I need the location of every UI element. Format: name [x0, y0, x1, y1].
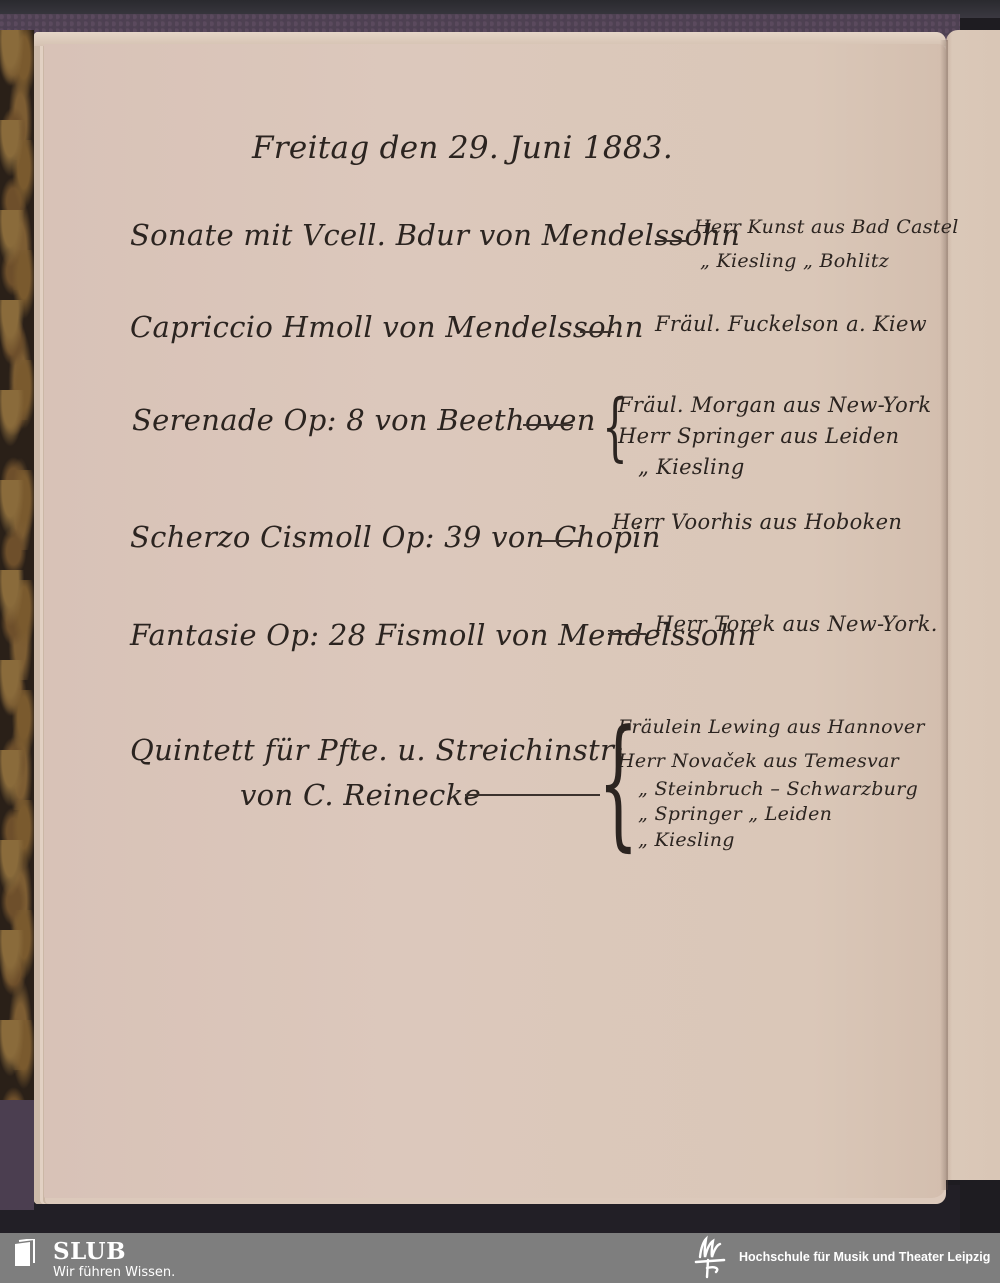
separator-dash — [655, 240, 687, 242]
performer-3-1: Fräul. Morgan aus New-York — [618, 393, 931, 417]
program-work-2: Capriccio Hmoll von Mendelssohn — [130, 310, 644, 344]
separator-dash — [580, 331, 614, 333]
program-work-1: Sonate mit Vcell. Bdur von Mendelssohn — [130, 218, 740, 252]
performer-6-4: „ Springer „ Leiden — [638, 803, 832, 825]
hmt-monogram-icon — [692, 1235, 728, 1281]
performer-6-3: „ Steinbruch – Schwarzburg — [638, 778, 918, 800]
slub-tagline: Wir führen Wissen. — [53, 1265, 175, 1280]
performer-5-1: Herr Torek aus New-York. — [655, 612, 938, 636]
slub-name[interactable]: SLUB — [53, 1238, 126, 1265]
facing-page-edge — [946, 30, 1000, 1180]
gutter-shadow — [940, 40, 948, 1190]
program-work-6-line-2: von C. Reinecke — [240, 778, 481, 812]
program-work-6-line-1: Quintett für Pfte. u. Streichinstr: — [130, 733, 624, 767]
performer-4-1: Herr Voorhis aus Hoboken — [612, 510, 902, 534]
book-cover-cloth-corner — [0, 1100, 34, 1210]
performer-6-5: „ Kiesling — [638, 829, 735, 851]
separator-dash — [608, 633, 646, 635]
page-heading-date: Freitag den 29. Juni 1883. — [252, 130, 673, 166]
performer-6-1: Fräulein Lewing aus Hannover — [618, 716, 925, 738]
performer-2-1: Fräul. Fuckelson a. Kiew — [655, 312, 927, 336]
program-work-3: Serenade Op: 8 von Beethoven — [132, 403, 596, 437]
performer-3-3: „ Kiesling — [638, 455, 745, 479]
marbled-endpaper — [0, 30, 34, 1200]
separator-dash — [523, 424, 573, 426]
separator-dash — [465, 794, 600, 796]
performer-1-1: Herr Kunst aus Bad Castel — [694, 216, 959, 238]
performer-6-2: Herr Novaček aus Temesvar — [618, 750, 899, 772]
scanned-book-page: Freitag den 29. Juni 1883. Sonate mit Vc… — [0, 0, 1000, 1233]
performer-3-2: Herr Springer aus Leiden — [618, 424, 899, 448]
separator-dash — [540, 540, 580, 542]
slub-book-icon — [14, 1239, 38, 1267]
program-work-4: Scherzo Cismoll Op: 39 von Chopin — [130, 520, 661, 554]
performer-1-2: „ Kiesling „ Bohlitz — [700, 250, 889, 272]
hmt-name[interactable]: Hochschule für Musik und Theater Leipzig — [739, 1250, 990, 1264]
footer-bar: SLUB Wir führen Wissen. Hochschule für M… — [0, 1233, 1000, 1283]
